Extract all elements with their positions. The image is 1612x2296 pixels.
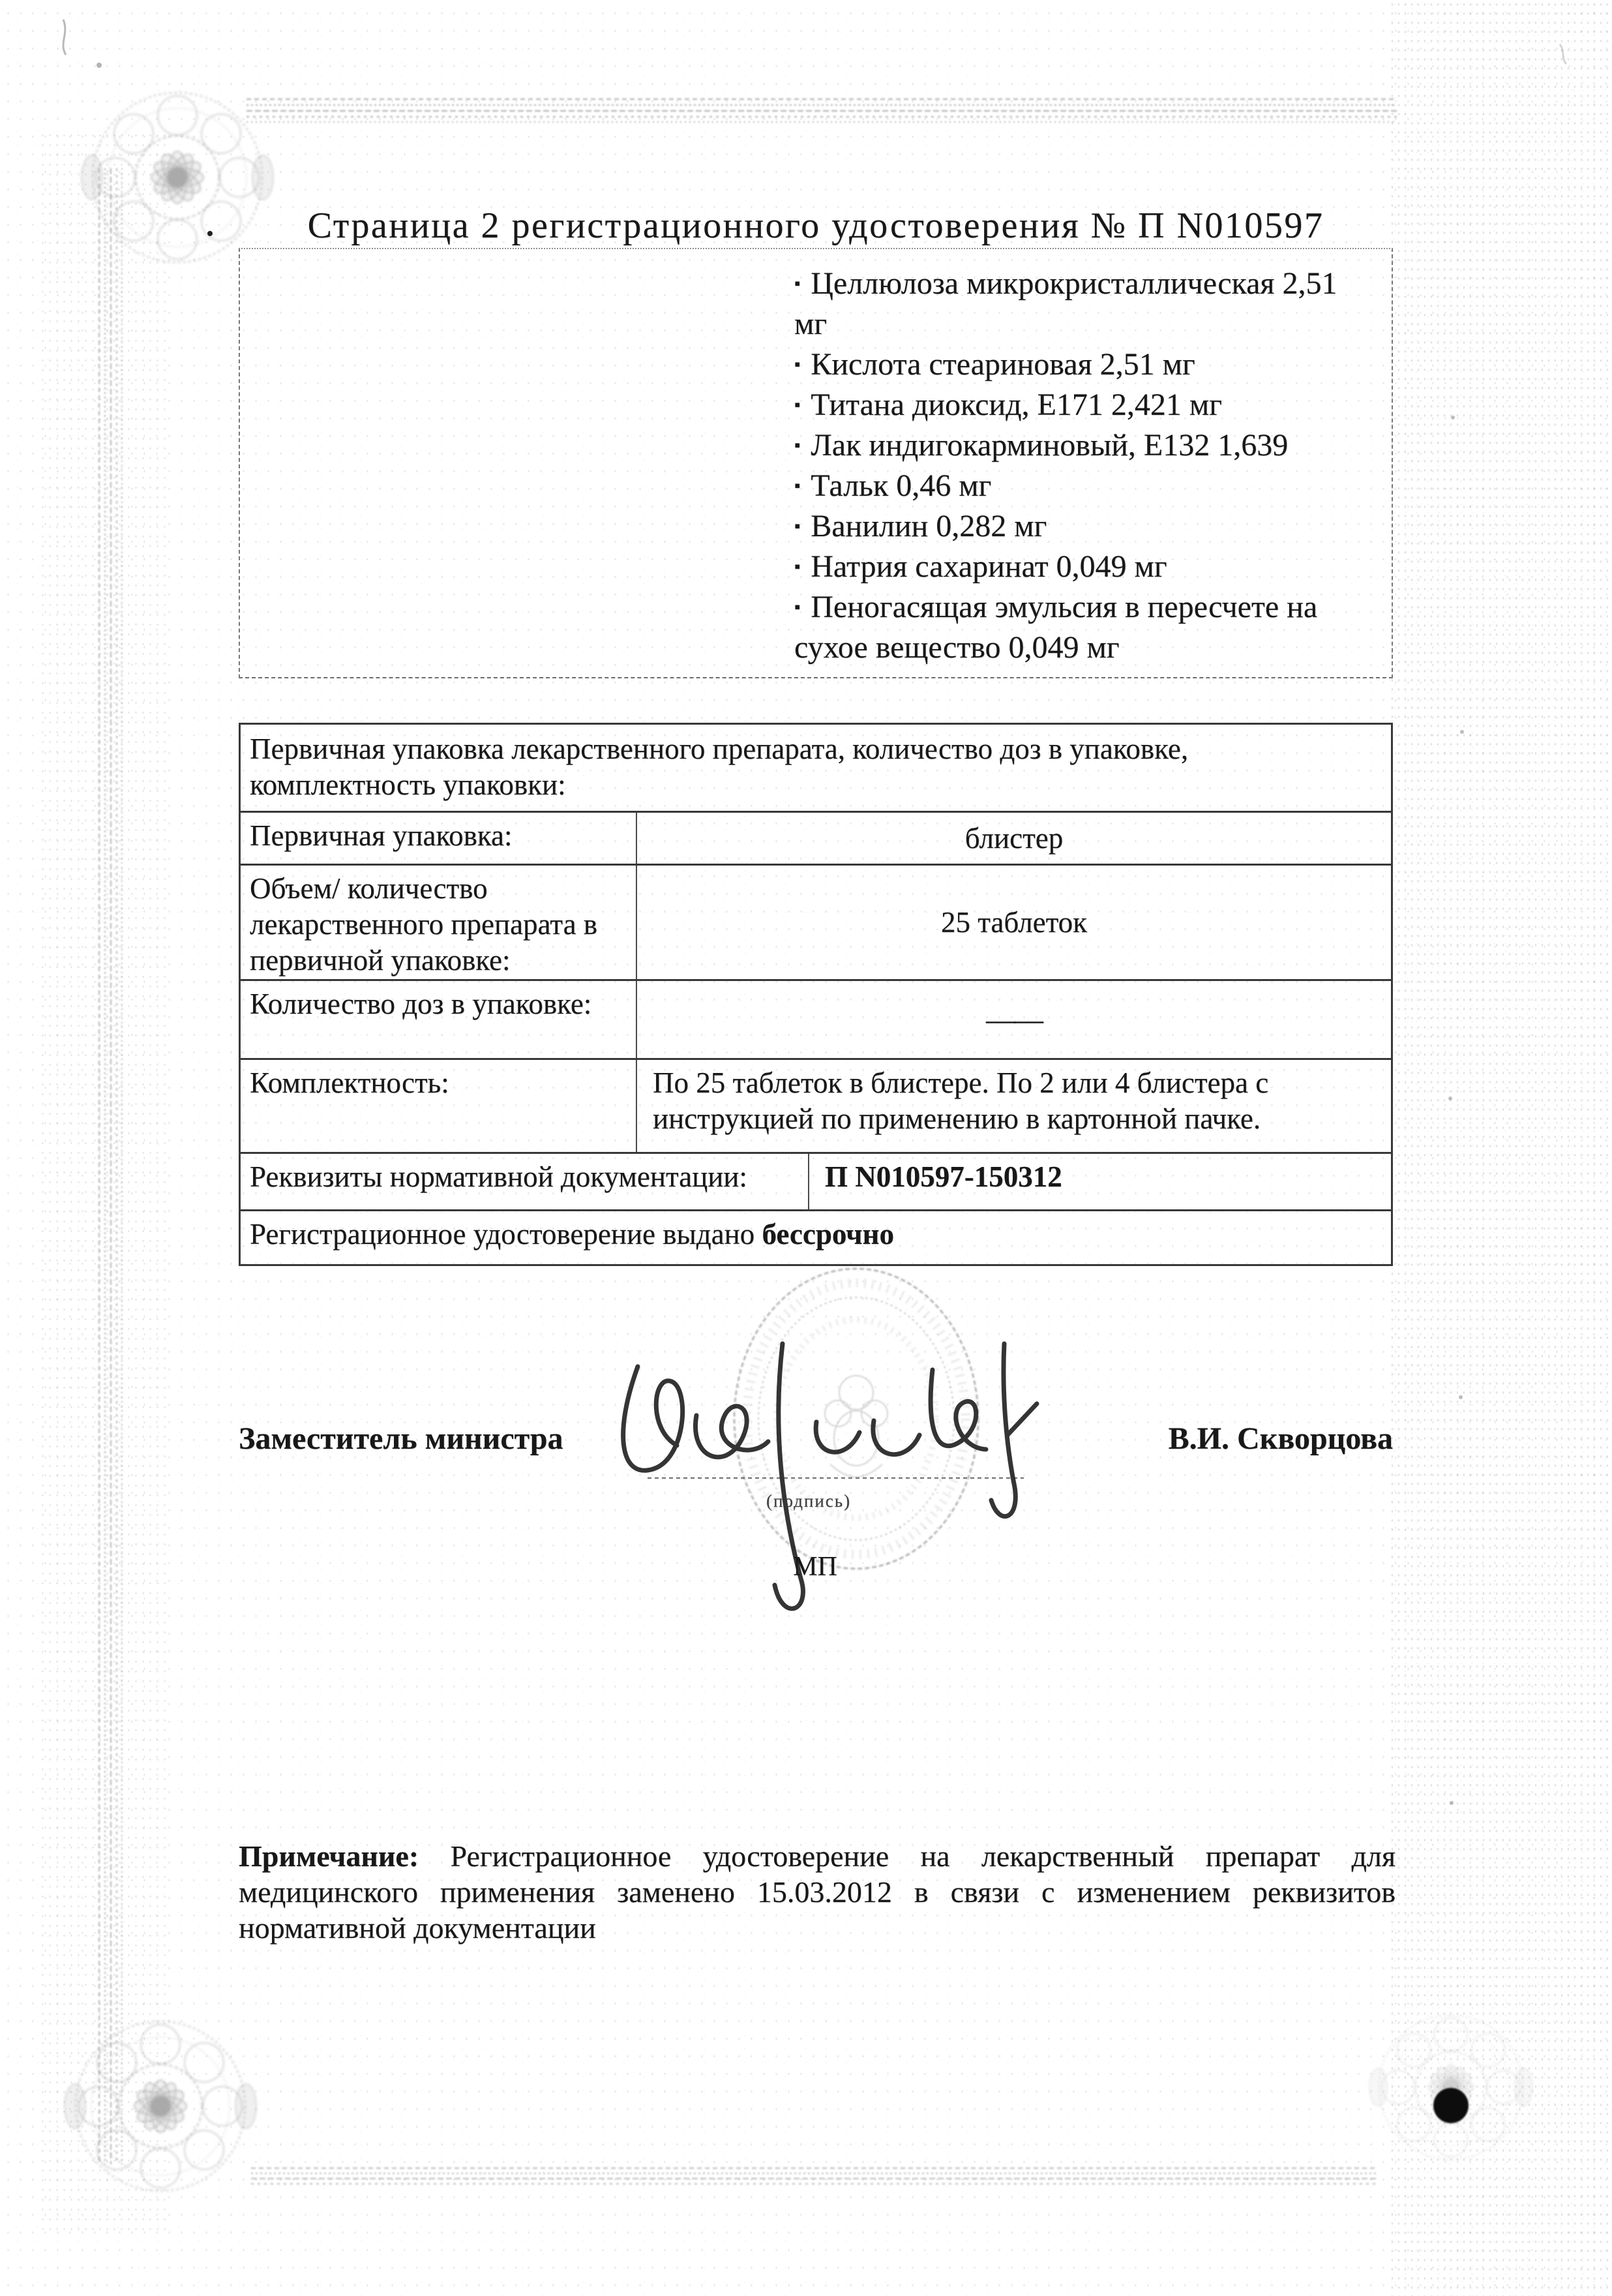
- signature-caption: (подпись): [665, 1491, 952, 1511]
- ingredient-item: ▪Пеногасящая эмульсия в пересчете на сух…: [794, 587, 1375, 668]
- ingredient-item: ▪Целлюлоза микрокристаллическая 2,51 мг: [794, 264, 1375, 344]
- round-stamp-icon: [734, 1269, 978, 1569]
- ingredients-list: ▪Целлюлоза микрокристаллическая 2,51 мг …: [794, 264, 1375, 668]
- bullet-icon: ▪: [794, 344, 800, 385]
- rosette-bottom-left-icon: [65, 2021, 256, 2191]
- scan-noise-right-band: [1389, 0, 1612, 2296]
- border-top-band: [246, 99, 1397, 122]
- ingredient-item: ▪Ванилин 0,282 мг: [794, 506, 1375, 547]
- table-row: Количество доз в упаковке: ——: [241, 979, 1391, 1058]
- row-value: П N010597-150312: [809, 1154, 1391, 1209]
- ingredient-text: Натрия сахаринат 0,049 мг: [811, 549, 1167, 584]
- validity-term: бессрочно: [762, 1218, 894, 1250]
- validity-text: Регистрационное удостоверение выдано: [250, 1218, 754, 1250]
- bullet-icon: ▪: [794, 264, 800, 304]
- ingredient-item: ▪Кислота стеариновая 2,51 мг: [794, 344, 1375, 385]
- ingredient-text: Целлюлоза микрокристаллическая 2,51 мг: [794, 266, 1337, 341]
- table-row: Объем/ количество лекарственного препара…: [241, 864, 1391, 979]
- ingredient-item: ▪Лак индигокарминовый, Е132 1,639: [794, 425, 1375, 466]
- ingredient-item: ▪Натрия сахаринат 0,049 мг: [794, 547, 1375, 587]
- ingredient-item: ▪Титана диоксид, Е171 2,421 мг: [794, 385, 1375, 425]
- bullet-icon: ▪: [794, 385, 800, 425]
- ingredient-text: Тальк 0,46 мг: [811, 468, 991, 503]
- ingredient-text: Кислота стеариновая 2,51 мг: [811, 347, 1195, 382]
- page-title: Страница 2 регистрационного удостоверени…: [239, 205, 1393, 247]
- ingredient-text: Титана диоксид, Е171 2,421 мг: [811, 387, 1222, 422]
- row-label: Реквизиты нормативной документации:: [241, 1154, 809, 1209]
- ingredients-box: ▪Целлюлоза микрокристаллическая 2,51 мг …: [239, 248, 1393, 678]
- punch-dot: [1433, 2088, 1469, 2123]
- border-bottom-band: [251, 2168, 1377, 2184]
- table-row: Комплектность: По 25 таблеток в блистере…: [241, 1058, 1391, 1152]
- signer-name: В.И. Скворцова: [1076, 1421, 1393, 1457]
- rosette-bottom-right-icon: [1369, 2016, 1532, 2160]
- ingredient-text: Ванилин 0,282 мг: [811, 509, 1047, 543]
- footnote-label: Примечание:: [239, 1839, 419, 1873]
- packaging-table-title: Первичная упаковка лекарственного препар…: [241, 725, 1391, 811]
- ink-dot: [207, 231, 213, 236]
- border-left-band: [99, 168, 122, 2164]
- scan-noise-left-band: [39, 130, 170, 2231]
- bullet-icon: ▪: [794, 466, 800, 506]
- bullet-icon: ▪: [794, 425, 800, 466]
- footnote: Примечание: Регистрационное удостоверени…: [239, 1838, 1396, 1946]
- row-label: Количество доз в упаковке:: [241, 981, 637, 1058]
- row-label: Первичная упаковка:: [241, 813, 637, 864]
- ingredient-item: ▪Тальк 0,46 мг: [794, 466, 1375, 506]
- row-value: По 25 таблеток в блистере. По 2 или 4 бл…: [637, 1060, 1391, 1152]
- bullet-icon: ▪: [794, 587, 800, 627]
- bullet-icon: ▪: [794, 547, 800, 587]
- table-row: Первичная упаковка: блистер: [241, 811, 1391, 864]
- stamp-place-mark: МП: [750, 1551, 880, 1582]
- row-value: ——: [637, 981, 1391, 1058]
- signer-title: Заместитель министра: [239, 1421, 563, 1457]
- row-value: 25 таблеток: [637, 866, 1391, 979]
- packaging-table: Первичная упаковка лекарственного препар…: [239, 723, 1393, 1266]
- ingredient-text: Пеногасящая эмульсия в пересчете на сухо…: [794, 590, 1317, 665]
- ingredient-text: Лак индигокарминовый, Е132 1,639: [811, 428, 1288, 462]
- validity-row: Регистрационное удостоверение выдано бес…: [241, 1209, 1391, 1264]
- row-label: Объем/ количество лекарственного препара…: [241, 866, 637, 979]
- row-value: блистер: [637, 813, 1391, 864]
- bullet-icon: ▪: [794, 506, 800, 547]
- table-row: Реквизиты нормативной документации: П N0…: [241, 1152, 1391, 1209]
- certificate-page: Страница 2 регистрационного удостоверени…: [0, 0, 1612, 2296]
- row-label: Комплектность:: [241, 1060, 637, 1152]
